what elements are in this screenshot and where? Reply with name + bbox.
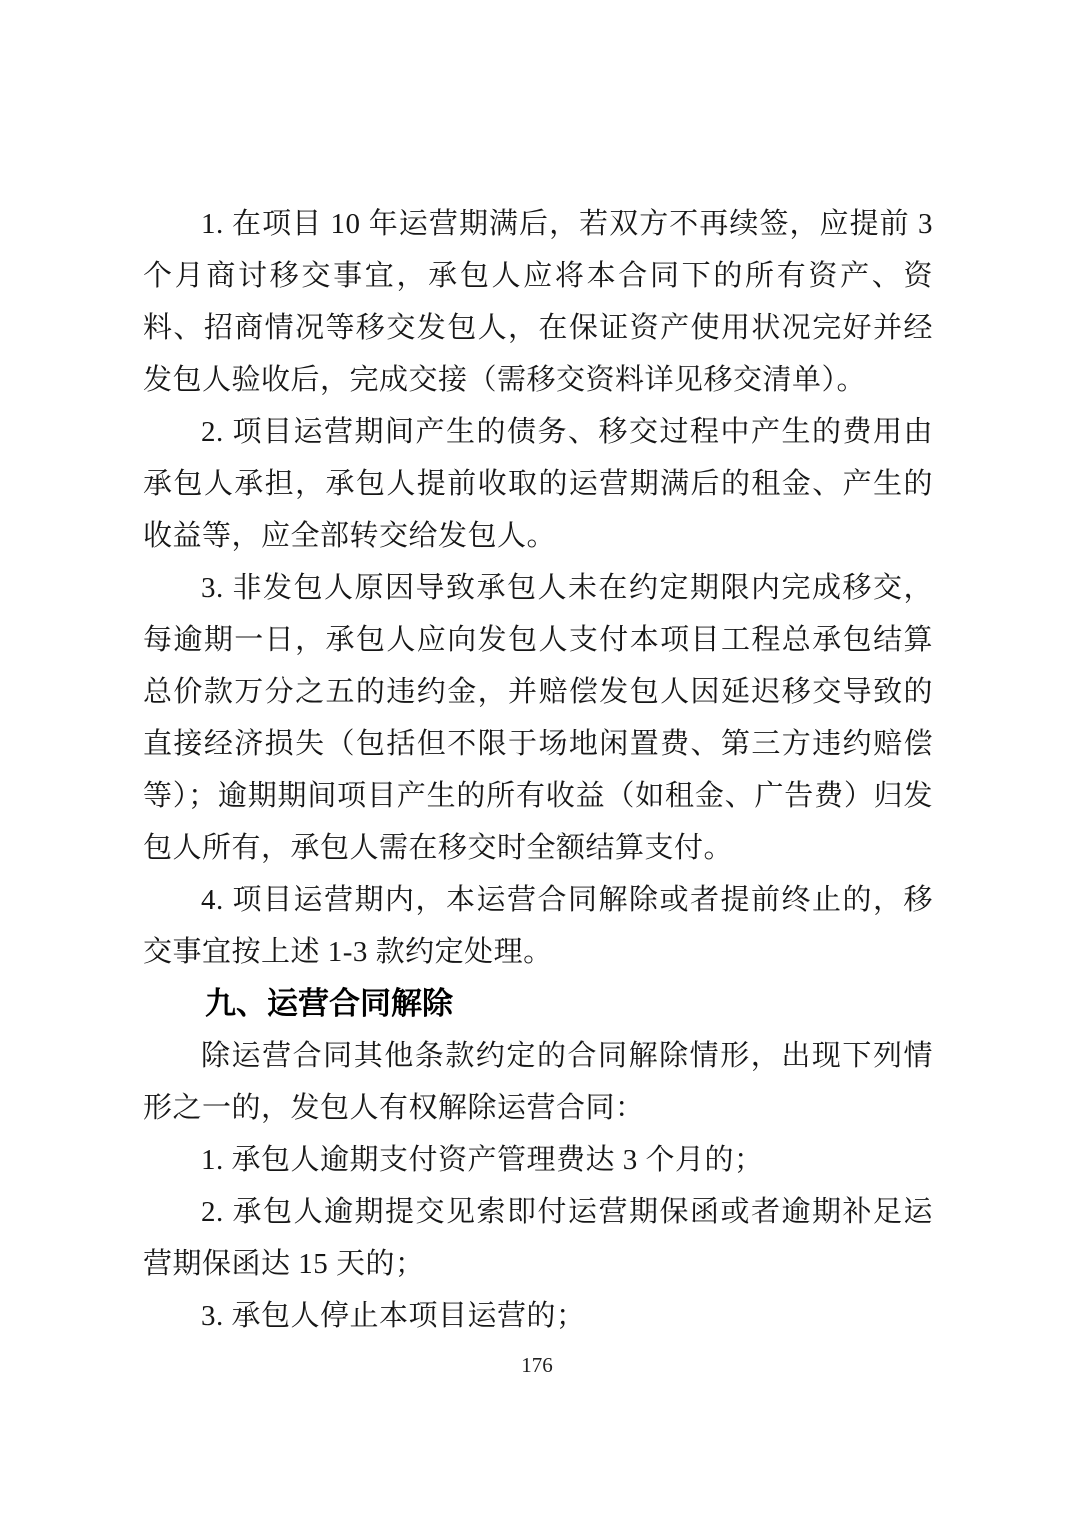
clause-paragraph-3: 3. 非发包人原因导致承包人未在约定期限内完成移交，每逾期一日，承包人应向发包人… — [143, 562, 933, 874]
document-body: 1. 在项目 10 年运营期满后，若双方不再续签，应提前 3 个月商讨移交事宜，… — [143, 198, 933, 1342]
section-heading: 九、运营合同解除 — [143, 978, 933, 1030]
page-footer: 176 — [0, 1352, 1074, 1378]
termination-condition-1: 1. 承包人逾期支付资产管理费达 3 个月的； — [143, 1134, 933, 1186]
document-page: 1. 在项目 10 年运营期满后，若双方不再续签，应提前 3 个月商讨移交事宜，… — [0, 0, 1074, 1520]
termination-condition-2: 2. 承包人逾期提交见索即付运营期保函或者逾期补足运营期保函达 15 天的； — [143, 1186, 933, 1290]
section-intro-paragraph: 除运营合同其他条款约定的合同解除情形，出现下列情形之一的，发包人有权解除运营合同… — [143, 1030, 933, 1134]
termination-condition-3: 3. 承包人停止本项目运营的； — [143, 1290, 933, 1342]
page-number: 176 — [521, 1353, 553, 1377]
clause-paragraph-1: 1. 在项目 10 年运营期满后，若双方不再续签，应提前 3 个月商讨移交事宜，… — [143, 198, 933, 406]
clause-paragraph-2: 2. 项目运营期间产生的债务、移交过程中产生的费用由承包人承担，承包人提前收取的… — [143, 406, 933, 562]
clause-paragraph-4: 4. 项目运营期内，本运营合同解除或者提前终止的，移交事宜按上述 1-3 款约定… — [143, 874, 933, 978]
